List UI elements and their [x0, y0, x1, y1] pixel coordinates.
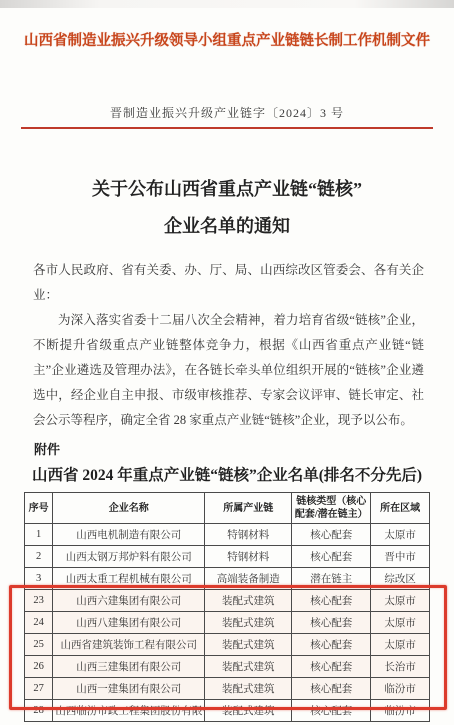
roster-table-title: 山西省 2024 年重点产业链“链核”企业名单(排名不分先后) — [0, 463, 454, 485]
cell-chain: 装配式建筑 — [205, 590, 292, 612]
table-row: 24山西八建集团有限公司装配式建筑核心配套太原市 — [25, 612, 430, 634]
cell-name: 山西省建筑装饰工程有限公司 — [53, 634, 205, 656]
cell-region: 太原市 — [371, 524, 430, 546]
cell-region: 晋中市 — [371, 546, 430, 568]
cell-no: 2 — [25, 546, 53, 568]
notice-title: 关于公布山西省重点产业链“链核” 企业名单的通知 — [0, 171, 454, 245]
cell-name: 山西三建集团有限公司 — [53, 656, 205, 678]
roster-table-wrap: 序号企业名称所属产业链链核类型（核心配套/潜在链主）所在区域 1山西电机制造有限… — [24, 492, 430, 722]
document-number: 晋制造业振兴升级产业链字〔2024〕3 号 — [0, 104, 454, 121]
table-row: 25山西省建筑装饰工程有限公司装配式建筑核心配套太原市 — [25, 634, 430, 656]
cell-region: 太原市 — [371, 634, 430, 656]
cell-region: 临汾市 — [371, 700, 430, 722]
column-header-1: 企业名称 — [53, 493, 205, 524]
photo-edge-strip — [0, 0, 454, 8]
column-header-4: 所在区域 — [371, 493, 430, 524]
body-paragraph: 为深入落实省委十二届八次全会精神，着力培育省级“链核”企业，不断提升省级重点产业… — [33, 308, 424, 433]
table-row: 28山西临汾市政工程集团股份有限公司装配式建筑核心配套临汾市 — [25, 700, 430, 722]
column-header-3: 链核类型（核心配套/潜在链主） — [292, 493, 371, 524]
enterprise-roster-table: 序号企业名称所属产业链链核类型（核心配套/潜在链主）所在区域 1山西电机制造有限… — [24, 492, 430, 722]
cell-type: 核心配套 — [292, 678, 371, 700]
cell-type: 核心配套 — [292, 700, 371, 722]
cell-chain: 装配式建筑 — [205, 678, 292, 700]
notice-body: 各市人民政府、省有关委、办、厅、局、山西综改区管委会、各有关企业： 为深入落实省… — [33, 258, 424, 433]
document-page: 山西省制造业振兴升级领导小组重点产业链链长制工作机制文件 晋制造业振兴升级产业链… — [0, 0, 454, 725]
cell-chain: 装配式建筑 — [205, 634, 292, 656]
table-row: 2山西太钢万邦炉料有限公司特钢材料核心配套晋中市 — [25, 546, 430, 568]
red-divider-line — [21, 127, 433, 129]
cell-no: 25 — [25, 634, 53, 656]
table-header-row: 序号企业名称所属产业链链核类型（核心配套/潜在链主）所在区域 — [25, 493, 430, 524]
cell-type: 核心配套 — [292, 546, 371, 568]
cell-name: 山西太重工程机械有限公司 — [53, 568, 205, 590]
cell-chain: 特钢材料 — [205, 524, 292, 546]
cell-type: 潜在链主 — [292, 568, 371, 590]
cell-region: 长治市 — [371, 656, 430, 678]
cell-name: 山西临汾市政工程集团股份有限公司 — [53, 700, 205, 722]
red-letterhead-title: 山西省制造业振兴升级领导小组重点产业链链长制工作机制文件 — [0, 29, 454, 50]
cell-no: 26 — [25, 656, 53, 678]
salutation-paragraph: 各市人民政府、省有关委、办、厅、局、山西综改区管委会、各有关企业： — [33, 258, 424, 308]
table-row: 3山西太重工程机械有限公司高端装备制造潜在链主综改区 — [25, 568, 430, 590]
table-row: 23山西六建集团有限公司装配式建筑核心配套太原市 — [25, 590, 430, 612]
cell-name: 山西太钢万邦炉料有限公司 — [53, 546, 205, 568]
cell-no: 28 — [25, 700, 53, 722]
cell-region: 综改区 — [371, 568, 430, 590]
column-header-0: 序号 — [25, 493, 53, 524]
table-row: 26山西三建集团有限公司装配式建筑核心配套长治市 — [25, 656, 430, 678]
cell-no: 27 — [25, 678, 53, 700]
cell-name: 山西八建集团有限公司 — [53, 612, 205, 634]
cell-no: 3 — [25, 568, 53, 590]
cell-no: 23 — [25, 590, 53, 612]
table-row: 1山西电机制造有限公司特钢材料核心配套太原市 — [25, 524, 430, 546]
cell-name: 山西一建集团有限公司 — [53, 678, 205, 700]
cell-chain: 特钢材料 — [205, 546, 292, 568]
cell-type: 核心配套 — [292, 656, 371, 678]
cell-chain: 装配式建筑 — [205, 612, 292, 634]
notice-title-line2: 企业名单的通知 — [0, 208, 454, 245]
cell-type: 核心配套 — [292, 634, 371, 656]
attachment-label: 附件 — [34, 439, 454, 458]
cell-region: 临汾市 — [371, 678, 430, 700]
cell-name: 山西六建集团有限公司 — [53, 590, 205, 612]
cell-type: 核心配套 — [292, 590, 371, 612]
table-row: 27山西一建集团有限公司装配式建筑核心配套临汾市 — [25, 678, 430, 700]
cell-type: 核心配套 — [292, 524, 371, 546]
cell-chain: 装配式建筑 — [205, 656, 292, 678]
cell-region: 太原市 — [371, 612, 430, 634]
cell-name: 山西电机制造有限公司 — [53, 524, 205, 546]
cell-type: 核心配套 — [292, 612, 371, 634]
cell-chain: 装配式建筑 — [205, 700, 292, 722]
cell-chain: 高端装备制造 — [205, 568, 292, 590]
cell-region: 太原市 — [371, 590, 430, 612]
column-header-2: 所属产业链 — [205, 493, 292, 524]
cell-no: 1 — [25, 524, 53, 546]
notice-title-line1: 关于公布山西省重点产业链“链核” — [0, 171, 454, 208]
cell-no: 24 — [25, 612, 53, 634]
